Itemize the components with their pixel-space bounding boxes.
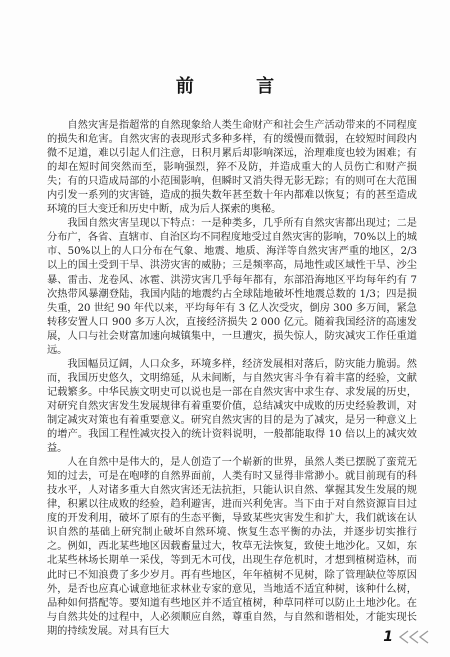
preface-body: 自然灾害是指超常的自然现象给人类生命财产和社会生产活动带来的不同程度的损失和危害… bbox=[47, 119, 417, 639]
paragraph-3: 我国幅员辽阔，人口众多，环境多样，经济发展相对落后，防灾能力脆弱。然而，我国历史… bbox=[47, 358, 417, 456]
paragraph-2: 我国自然灾害呈现以下特点：一是种类多，几乎所有自然灾害都出现过；二是分布广，各省… bbox=[47, 217, 417, 357]
page-number: 1 bbox=[383, 629, 393, 645]
page-title: 前 言 bbox=[0, 72, 450, 98]
paragraph-4: 人在自然中是伟大的，是人创造了一个崭新的世界，虽然人类已摆脱了蛮荒无知的过去，可… bbox=[47, 456, 417, 639]
triple-chevron-left-icon bbox=[398, 630, 432, 644]
document-page: 前 言 自然灾害是指超常的自然现象给人类生命财产和社会生产活动带来的不同程度的损… bbox=[0, 0, 450, 657]
paragraph-1: 自然灾害是指超常的自然现象给人类生命财产和社会生产活动带来的不同程度的损失和危害… bbox=[47, 119, 417, 217]
page-footer: 1 bbox=[383, 629, 432, 645]
